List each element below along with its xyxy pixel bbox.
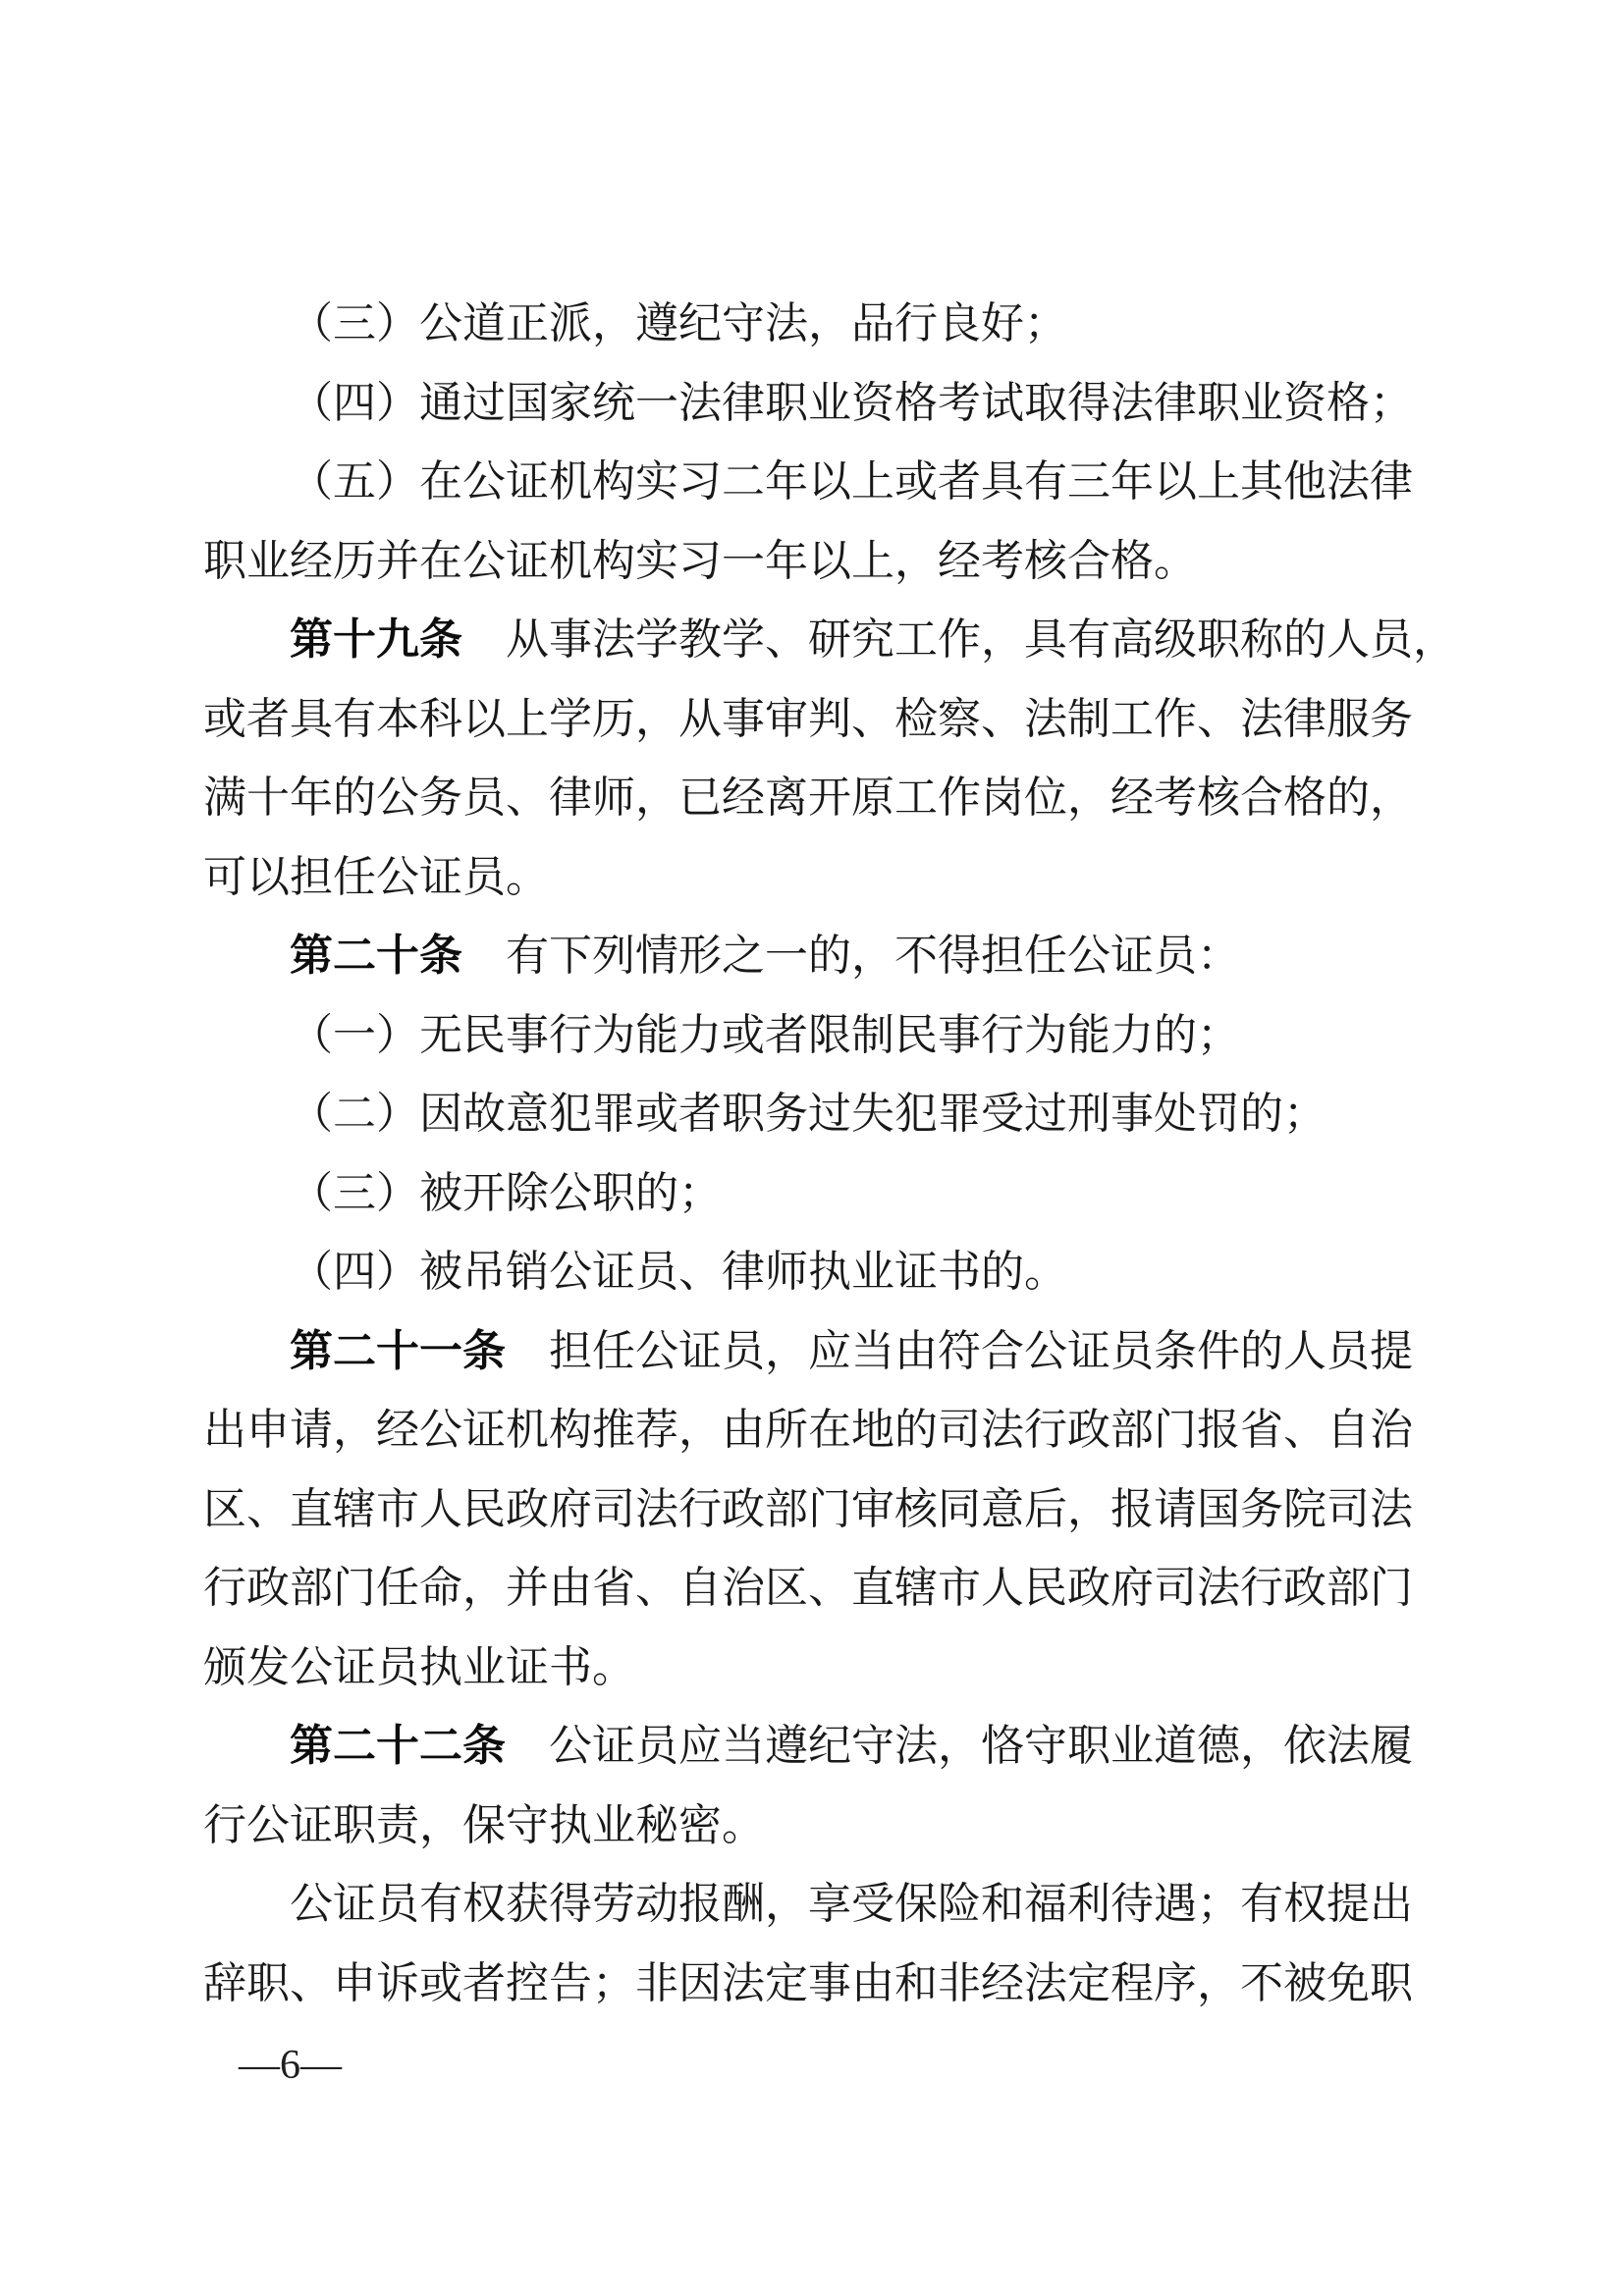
article-heading-line: 第二十一条 担任公证员，应当由符合公证员条件的人员提 [203,1312,1421,1392]
line-text: 辞职、申诉或者控告；非因法定事由和非经法定程序，不被免职 [203,1959,1413,2007]
article-number: 第二十条 [290,932,462,980]
line-text: 担任公证员，应当由符合公证员条件的人员提 [506,1327,1413,1375]
line-text: 从事法学教学、研究工作，具有高级职称的人员， [462,615,1456,664]
text-line: 可以担任公证员。 [203,838,1421,918]
text-line: （二）因故意犯罪或者职务过失犯罪受过刑事处罚的； [203,1075,1421,1154]
article-number: 第二十一条 [290,1327,506,1375]
line-text: （五）在公证机构实习二年以上或者具有三年以上其他法律 [290,457,1413,506]
text-line: 或者具有本科以上学历，从事审判、检察、法制工作、法律服务 [203,680,1421,760]
line-text: 满十年的公务员、律师，已经离开原工作岗位，经考核合格的， [203,774,1413,822]
line-text: 区、直辖市人民政府司法行政部门审核同意后，报请国务院司法 [203,1485,1413,1533]
text-line: （四）被吊销公证员、律师执业证书的。 [203,1233,1421,1312]
line-text: 或者具有本科以上学历，从事审判、检察、法制工作、法律服务 [203,695,1413,743]
line-text: 出申请，经公证机构推荐，由所在地的司法行政部门报省、自治 [203,1406,1413,1454]
article-heading-line: 第二十条 有下列情形之一的，不得担任公证员： [203,917,1421,996]
line-text: （二）因故意犯罪或者职务过失犯罪受过刑事处罚的； [290,1090,1326,1138]
line-text: 有下列情形之一的，不得担任公证员： [462,932,1240,980]
line-text: （四）被吊销公证员、律师执业证书的。 [290,1248,1067,1296]
line-text: （三）公道正派，遵纪守法，品行良好； [290,299,1067,347]
line-text: 行公证职责，保守执业秘密。 [203,1801,765,1849]
line-text: （四）通过国家统一法律职业资格考试取得法律职业资格； [290,379,1413,427]
article-number: 第二十二条 [290,1722,506,1770]
page-background: （三）公道正派，遵纪守法，品行良好；（四）通过国家统一法律职业资格考试取得法律职… [0,0,1624,2296]
text-line: 行政部门任命，并由省、自治区、直辖市人民政府司法行政部门 [203,1549,1421,1629]
text-line: （四）通过国家统一法律职业资格考试取得法律职业资格； [203,364,1421,444]
line-text: （三）被开除公职的； [290,1169,722,1217]
line-text: 职业经历并在公证机构实习一年以上，经考核合格。 [203,537,1197,585]
page-number: —6— [239,2044,342,2087]
line-text: 可以担任公证员。 [203,853,549,901]
document-page: { "document": { "colors": { "page_backgr… [0,0,1624,2296]
line-text: 行政部门任命，并由省、自治区、直辖市人民政府司法行政部门 [203,1564,1413,1612]
text-line: 出申请，经公证机构推荐，由所在地的司法行政部门报省、自治 [203,1391,1421,1470]
line-text: （一）无民事行为能力或者限制民事行为能力的； [290,1011,1240,1059]
line-text: 公证员应当遵纪守法，恪守职业道德，依法履 [506,1722,1413,1770]
document-body: （三）公道正派，遵纪守法，品行良好；（四）通过国家统一法律职业资格考试取得法律职… [203,285,1421,2023]
article-heading-line: 第十九条 从事法学教学、研究工作，具有高级职称的人员， [203,601,1421,680]
text-line: （五）在公证机构实习二年以上或者具有三年以上其他法律 [203,443,1421,522]
text-line: （三）被开除公职的； [203,1154,1421,1234]
line-text: 颁发公证员执业证书。 [203,1643,635,1691]
text-line: 公证员有权获得劳动报酬，享受保险和福利待遇；有权提出 [203,1865,1421,1945]
article-number: 第十九条 [290,615,462,664]
line-text: 公证员有权获得劳动报酬，享受保险和福利待遇；有权提出 [290,1880,1413,1928]
text-line: （三）公道正派，遵纪守法，品行良好； [203,285,1421,364]
text-line: 满十年的公务员、律师，已经离开原工作岗位，经考核合格的， [203,759,1421,838]
text-line: 辞职、申诉或者控告；非因法定事由和非经法定程序，不被免职 [203,1945,1421,2024]
article-heading-line: 第二十二条 公证员应当遵纪守法，恪守职业道德，依法履 [203,1707,1421,1787]
text-line: 职业经历并在公证机构实习一年以上，经考核合格。 [203,522,1421,602]
text-line: 区、直辖市人民政府司法行政部门审核同意后，报请国务院司法 [203,1470,1421,1550]
text-line: （一）无民事行为能力或者限制民事行为能力的； [203,996,1421,1076]
text-line: 颁发公证员执业证书。 [203,1629,1421,1708]
text-line: 行公证职责，保守执业秘密。 [203,1787,1421,1866]
